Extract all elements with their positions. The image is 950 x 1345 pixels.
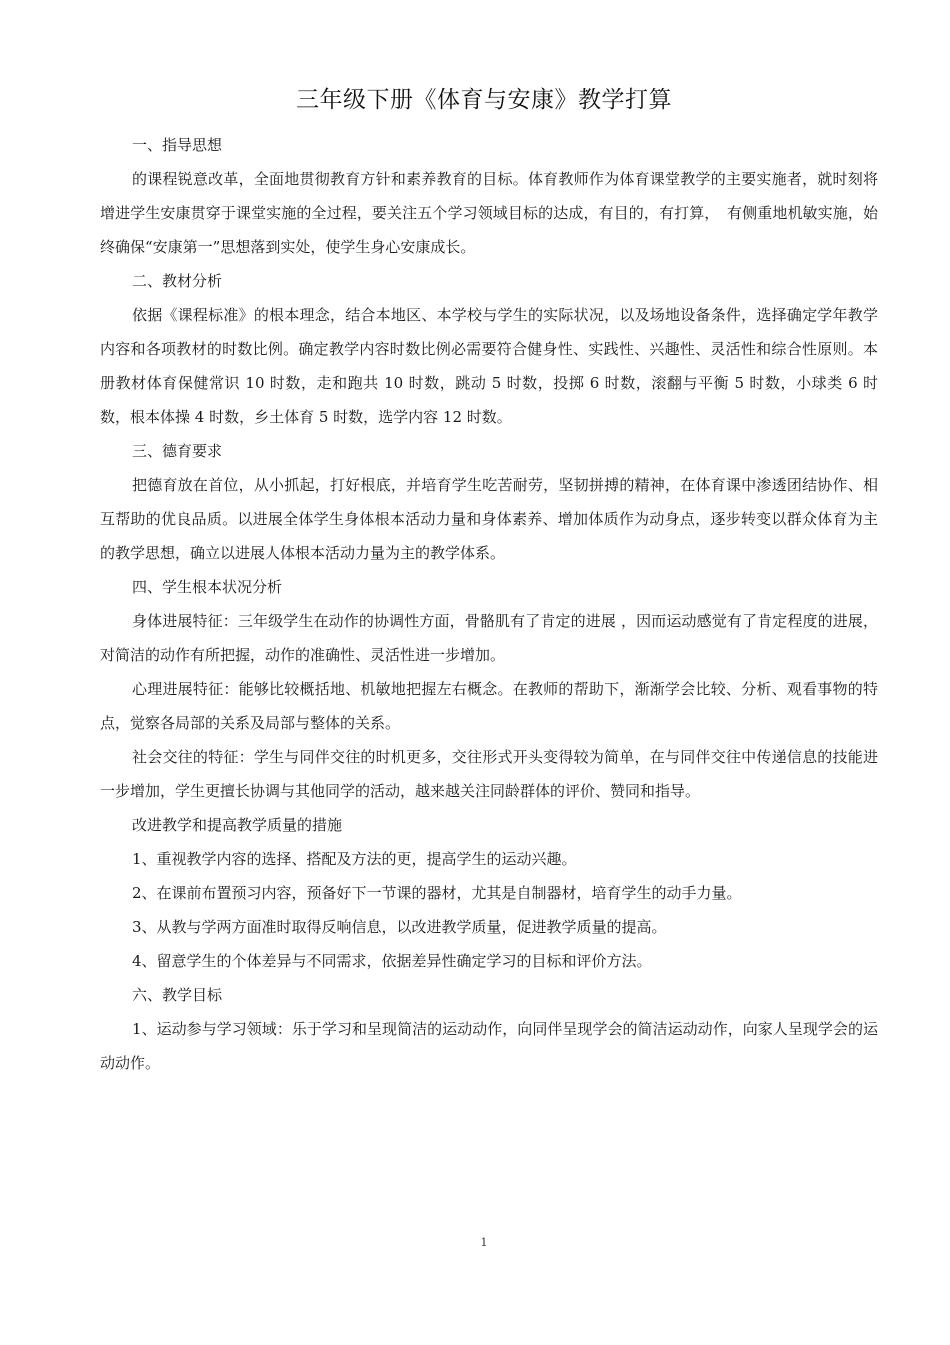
list-item-measure-4: 4、留意学生的个体差异与不同需求，依据差异性确定学习的目标和评价方法。 (100, 944, 878, 978)
document-page: 三年级下册《体育与安康》教学打算 一、指导思想 的课程锐意改革，全面地贯彻教育方… (0, 0, 950, 1345)
list-item-measure-2: 2、在课前布置预习内容，预备好下一节课的器材，尤其是自制器材，培育学生的动手力量… (100, 876, 878, 910)
section-heading-guiding-thought: 一、指导思想 (100, 128, 878, 162)
section-heading-moral-requirements: 三、德育要求 (100, 434, 878, 468)
paragraph-moral-requirements: 把德育放在首位，从小抓起，打好根底，并培育学生吃苦耐劳，坚韧拼搏的精神，在体育课… (100, 468, 878, 570)
paragraph-guiding-thought: 的课程锐意改革，全面地贯彻教育方针和素养教育的目标。体育教师作为体育课堂教学的主… (100, 162, 878, 264)
list-item-measure-1: 1、重视教学内容的选择、搭配及方法的更，提高学生的运动兴趣。 (100, 842, 878, 876)
paragraph-teaching-goal-1: 1、运动参与学习领域：乐于学习和呈现简洁的运动动作，向同伴呈现学会的简洁运动动作… (100, 1012, 878, 1080)
paragraph-material-analysis: 依据《课程标准》的根本理念，结合本地区、本学校与学生的实际状况，以及场地设备条件… (100, 298, 878, 434)
paragraph-social-interaction: 社会交往的特征：学生与同伴交往的时机更多，交往形式开头变得较为简单，在与同伴交往… (100, 740, 878, 808)
page-number: 1 (0, 1236, 950, 1249)
section-heading-student-analysis: 四、学生根本状况分析 (100, 570, 878, 604)
list-item-measure-3: 3、从教与学两方面准时取得反响信息，以改进教学质量，促进教学质量的提高。 (100, 910, 878, 944)
section-heading-teaching-goals: 六、教学目标 (100, 978, 878, 1012)
paragraph-psychological-development: 心理进展特征：能够比较概括地、机敏地把握左右概念。在教师的帮助下，渐渐学会比较、… (100, 672, 878, 740)
paragraph-physical-development: 身体进展特征：三年级学生在动作的协调性方面，骨骼肌有了肯定的进展 ，因而运动感觉… (100, 604, 878, 672)
section-heading-improvement-measures: 改进教学和提高教学质量的措施 (100, 808, 878, 842)
document-title: 三年级下册《体育与安康》教学打算 (0, 84, 950, 116)
section-heading-material-analysis: 二、教材分析 (100, 264, 878, 298)
document-body: 一、指导思想 的课程锐意改革，全面地贯彻教育方针和素养教育的目标。体育教师作为体… (100, 128, 878, 1080)
